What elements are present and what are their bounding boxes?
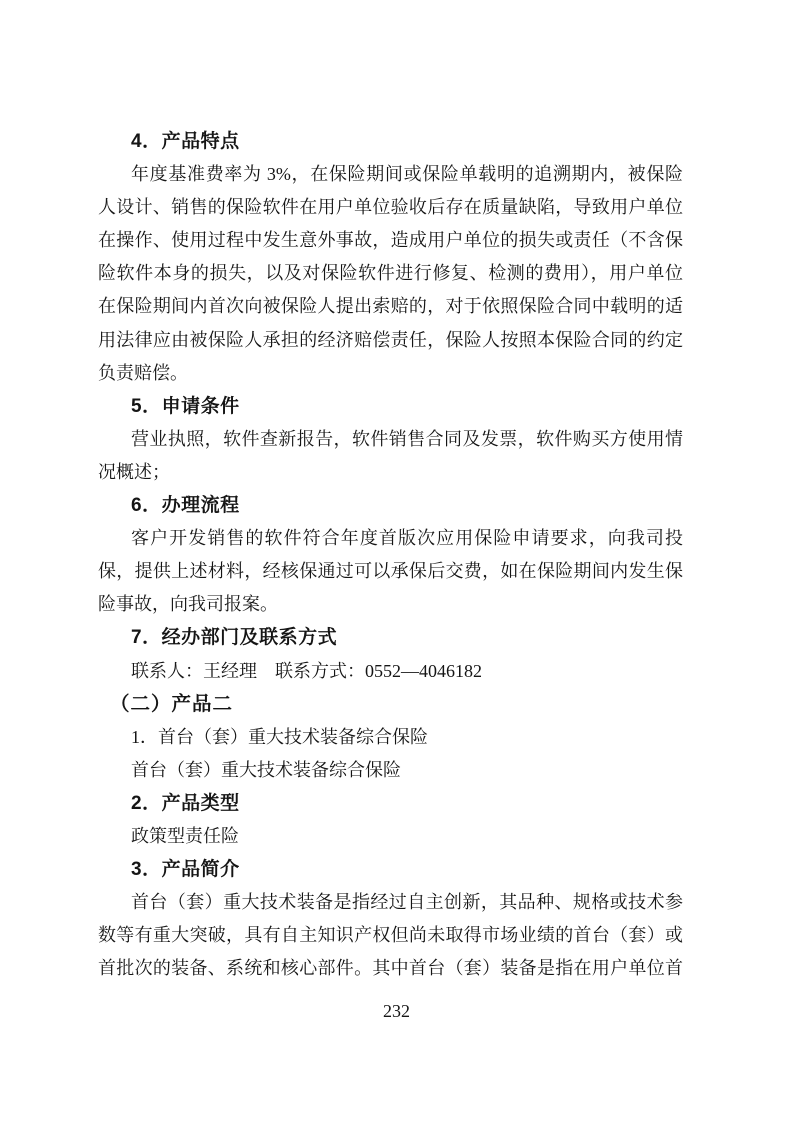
text-line: 在操作、使用过程中发生意外事故，造成用户单位的损失或责任（不含保 [98,224,683,257]
heading: 5．申请条件 [98,390,683,423]
text-line: 年度基准费率为 3%，在保险期间或保险单载明的追溯期内，被保险 [98,158,683,191]
heading: 6．办理流程 [98,489,683,522]
text-line: 首台（套）重大技术装备综合保险 [98,754,683,787]
text-line: 保，提供上述材料，经核保通过可以承保后交费，如在保险期间内发生保 [98,555,683,588]
document-content: 4．产品特点年度基准费率为 3%，在保险期间或保险单载明的追溯期内，被保险人设计… [98,125,683,985]
heading: 2．产品类型 [98,787,683,820]
text-line: 首台（套）重大技术装备是指经过自主创新，其品种、规格或技术参 [98,886,683,919]
text-line: 客户开发销售的软件符合年度首版次应用保险申请要求，向我司投 [98,522,683,555]
heading: 7．经办部门及联系方式 [98,621,683,654]
text-line: 用法律应由被保险人承担的经济赔偿责任，保险人按照本保险合同的约定 [98,324,683,357]
section-heading: （二）产品二 [98,688,683,721]
text-line: 在保险期间内首次向被保险人提出索赔的，对于依照保险合同中载明的适 [98,290,683,323]
text-line: 险软件本身的损失，以及对保险软件进行修复、检测的费用），用户单位 [98,257,683,290]
text-line: 政策型责任险 [98,820,683,853]
text-line: 人设计、销售的保险软件在用户单位验收后存在质量缺陷，导致用户单位 [98,191,683,224]
text-line: 1．首台（套）重大技术装备综合保险 [98,721,683,754]
page-number: 232 [0,1001,793,1022]
text-line: 负责赔偿。 [98,357,683,390]
text-line: 况概述； [98,456,683,489]
heading: 3．产品简介 [98,853,683,886]
text-line: 营业执照，软件查新报告，软件销售合同及发票，软件购买方使用情 [98,423,683,456]
text-line: 首批次的装备、系统和核心部件。其中首台（套）装备是指在用户单位首 [98,952,683,985]
text-line: 数等有重大突破，具有自主知识产权但尚未取得市场业绩的首台（套）或 [98,919,683,952]
text-line: 联系人：王经理 联系方式：0552—4046182 [98,655,683,688]
document-page: 4．产品特点年度基准费率为 3%，在保险期间或保险单载明的追溯期内，被保险人设计… [0,0,793,1122]
heading: 4．产品特点 [98,125,683,158]
text-line: 险事故，向我司报案。 [98,588,683,621]
